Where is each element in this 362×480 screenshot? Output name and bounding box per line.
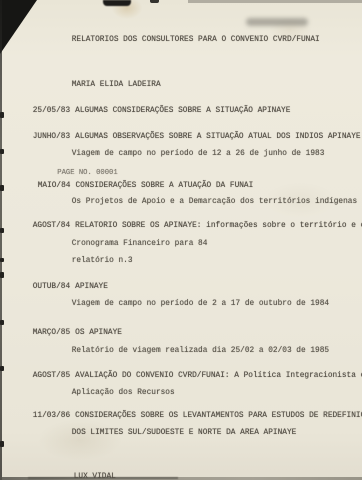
document-title: RELATORIOS DOS CONSULTORES PARA O CONVEN…: [53, 25, 320, 35]
entry-continuation: Viagem de campo no período de 12 a 26 de…: [53, 139, 324, 149]
entry-date: 25/05/83: [33, 107, 70, 115]
scan-edge-mark: [0, 228, 4, 233]
entry-line: AGOST/84RELATORIO SOBRE OS APINAYE: info…: [14, 211, 362, 221]
entry-continuation: Cronograma Financeiro para 84: [53, 229, 207, 239]
entry-continuation: Viagem de campo no período de 2 a 17 de …: [53, 289, 329, 299]
scan-edge-mark: [0, 112, 4, 118]
entry-continuation: Os Projetos de Apoio e a Demarcação dos …: [53, 187, 357, 197]
scan-top-artifact: [150, 0, 159, 3]
scan-edge-mark: [0, 272, 4, 278]
scan-edge-mark: [0, 258, 4, 262]
author-name-text: MARIA ELIDA LADEIRA: [72, 81, 161, 89]
signature-name: LUX VIDAL: [55, 462, 116, 472]
entry-continuation: Relatório de viagem realizada dia 25/02 …: [53, 336, 329, 346]
entry-continuation: relatório n.3: [53, 246, 133, 256]
entry-text: Os Projetos de Apoio e a Demarcação dos …: [72, 198, 357, 206]
entry-line: 11/03/86CONSIDERAÇÕES SOBRE OS LEVANTAME…: [14, 401, 362, 411]
signature-name-text: LUX VIDAL: [74, 473, 116, 480]
scan-edge-mark: [0, 149, 4, 154]
document-title-text: RELATORIOS DOS CONSULTORES PARA O CONVEN…: [72, 36, 320, 44]
scan-edge-mark: [0, 320, 4, 325]
entry-continuation: Aplicação dos Recursos: [53, 378, 175, 388]
entry-line: OUTUB/84APINAYE: [14, 272, 108, 282]
page-stamp: PAGE NO. 00001: [40, 158, 118, 168]
scanned-document-page: RELATORIOS DOS CONSULTORES PARA O CONVEN…: [0, 0, 362, 480]
entry-text: Viagem de campo no período de 2 a 17 de …: [72, 300, 329, 308]
scan-top-artifact: [103, 0, 131, 6]
entry-text: ALGUMAS CONSIDERAÇÕES SOBRE A SITUAÇÃO A…: [75, 107, 290, 115]
scan-left-edge: [0, 0, 2, 480]
entry-continuation: DOS LIMITES SUL/SUDOESTE E NORTE DA AREA…: [53, 418, 296, 428]
entry-text: DOS LIMITES SUL/SUDOESTE E NORTE DA AREA…: [72, 429, 297, 437]
scan-top-edge: [188, 0, 362, 3]
entry-line: MAIO/84CONSIDERAÇÕES SOBRE A ATUAÇÃO DA …: [19, 171, 253, 181]
scan-edge-mark: [0, 441, 4, 447]
entry-text: relatório n.3: [72, 257, 133, 265]
entry-text: Viagem de campo no período de 12 a 26 de…: [72, 150, 325, 158]
entry-line: AGOST/85AVALIAÇÃO DO CONVENIO CVRD/FUNAI…: [14, 361, 362, 371]
scan-edge-mark: [0, 185, 4, 191]
author-name: MARIA ELIDA LADEIRA: [53, 70, 161, 80]
entry-text: Aplicação dos Recursos: [72, 389, 175, 397]
entry-text: Relatório de viagem realizada dia 25/02 …: [72, 347, 329, 355]
entry-line: 25/05/83ALGUMAS CONSIDERAÇÕES SOBRE A SI…: [14, 96, 290, 106]
entry-line: MARÇO/85OS APINAYE: [14, 318, 122, 328]
entry-line: JUNHO/83ALGUMAS OBSERVAÇÕES SOBRE A SITU…: [14, 122, 361, 132]
scan-edge-mark: [0, 366, 4, 371]
